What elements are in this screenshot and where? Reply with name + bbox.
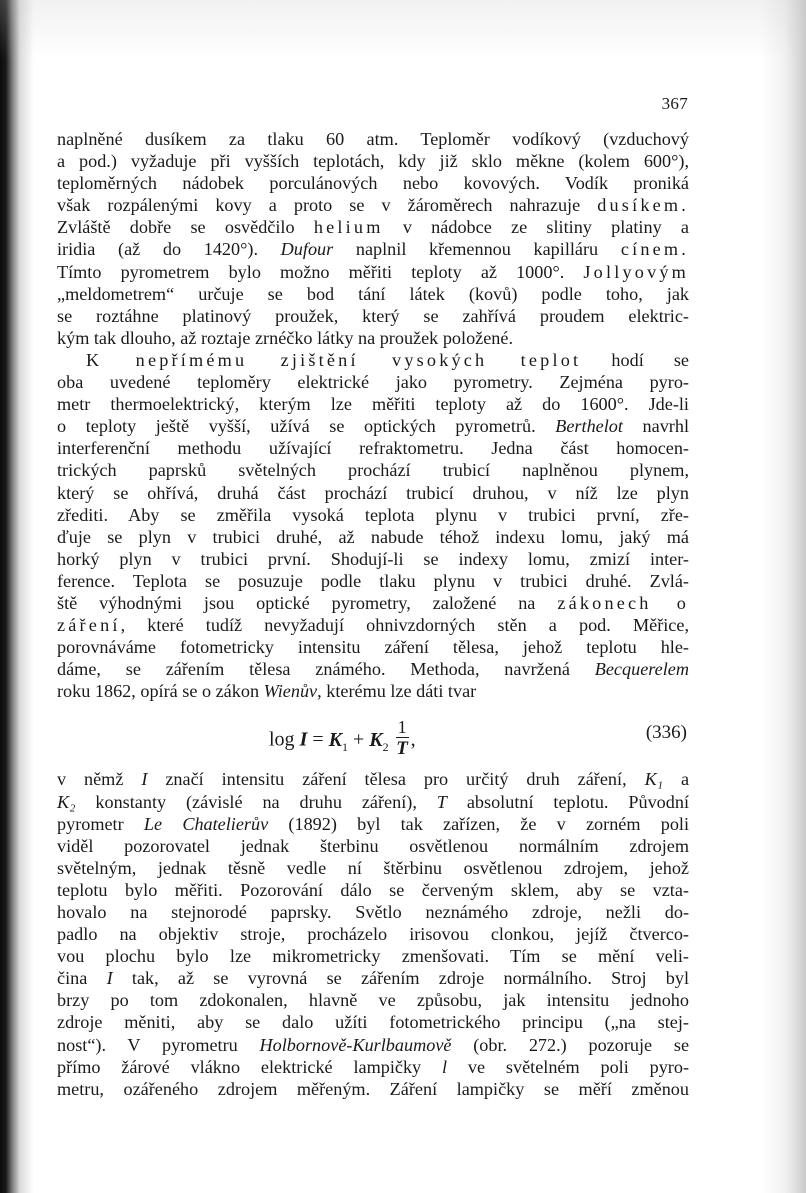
law-name: Wienův	[264, 681, 318, 701]
text-line: viděl pozorovatel jednak šterbinu osvětl…	[57, 835, 689, 857]
text-line: přímo žárové vlákno elektrické lampičky …	[57, 1056, 689, 1078]
spaced-term: helium	[314, 217, 384, 237]
body-text: naplněné dusíkem za tlaku 60 atm. Teplom…	[57, 128, 689, 1100]
text-line: nost“). V pyrometru Holbornově-Kurlbaumo…	[57, 1034, 689, 1056]
scan-noise	[0, 0, 806, 60]
author-name: Becquerelem	[595, 659, 689, 679]
text-line: K nepřímému zjištění vysokých teplot hod…	[57, 349, 689, 371]
text-line: ště výhodnými jsou optické pyrometry, za…	[57, 592, 689, 614]
text-line: v němž I značí intensitu záření tělesa p…	[57, 768, 689, 790]
text-line: Tímto pyrometrem bylo možno měřiti teplo…	[57, 261, 689, 283]
text-line: o teploty ještě vyšší, užívá se optickýc…	[57, 415, 689, 437]
text-line: „meldometrem“ určuje se bod tání látek (…	[57, 283, 689, 305]
author-name: Holbornově-Kurlbaumově	[260, 1035, 452, 1055]
text-line: horký plyn v trubici první. Shodují-li s…	[57, 548, 689, 570]
text-line: iridia (až do 1420°). Dufour naplnil kře…	[57, 238, 689, 260]
text-line: dáme, se zářením tělesa známého. Methoda…	[57, 658, 689, 680]
text-line: a pod.) vyžaduje při vyšších teplotách, …	[57, 150, 689, 172]
text-line: ďuje se plyn v trubici druhé, až nabude …	[57, 526, 689, 548]
author-name: Dufour	[281, 239, 334, 259]
spaced-term: Jollyovým	[583, 262, 689, 282]
equation: log I = K1 + K2 1T,	[269, 720, 416, 762]
spaced-term: K nepřímému zjištění vysokých teplot	[86, 350, 581, 370]
spaced-term: cínem.	[621, 239, 689, 259]
k2-symbol: K2	[369, 729, 388, 751]
spaced-term: záření	[57, 615, 121, 635]
text-line: Zvláště dobře se osvědčilo helium v nádo…	[57, 216, 689, 238]
author-name: Berthelot	[555, 416, 623, 436]
spaced-term: zákonech o	[557, 593, 689, 613]
text-line: K₂ konstanty (závislé na druhu záření), …	[57, 791, 689, 813]
text-line: kým tak dlouho, až roztaje zrnéčko látky…	[57, 327, 689, 349]
text-line: se roztáhne platinový proužek, který se …	[57, 305, 689, 327]
page-number: 367	[648, 94, 688, 114]
equation-number: (336)	[646, 722, 687, 744]
text-line: zdroje měniti, aby se dalo užíti fotomet…	[57, 1011, 689, 1033]
text-line: trických paprsků světelných prochází tru…	[57, 459, 689, 481]
text-line: naplněné dusíkem za tlaku 60 atm. Teplom…	[57, 128, 689, 150]
text-line: však rozpálenými kovy a proto se v žárom…	[57, 194, 689, 216]
text-line: čina I tak, až se vyrovná se zářením zdr…	[57, 967, 689, 989]
text-line: brzy po tom zdokonalen, hlavně ve způsob…	[57, 989, 689, 1011]
fraction: 1T	[396, 718, 409, 760]
text-line: interferenční methodu užívající refrakto…	[57, 437, 689, 459]
text-line: porovnáváme fotometricky intensitu zářen…	[57, 636, 689, 658]
author-name: Le Chatelierův	[144, 814, 268, 834]
text-line: oba uvedené teploměry elektrické jako py…	[57, 371, 689, 393]
text-line: padlo na objektiv stroje, procházelo iri…	[57, 923, 689, 945]
text-line: metru, ozářeného zdrojem měřeným. Záření…	[57, 1078, 689, 1100]
text-line: teploměrných nádobek porculánových nebo …	[57, 172, 689, 194]
text-line: teplotu bylo měřiti. Pozorování dálo se …	[57, 879, 689, 901]
text-line: vou plochu bylo lze mikrometricky zmenšo…	[57, 945, 689, 967]
text-line: který se ohřívá, druhá část prochází tru…	[57, 482, 689, 504]
text-line: metr thermoelektrický, kterým lze měřiti…	[57, 393, 689, 415]
text-line: pyrometr Le Chatelierův (1892) byl tak z…	[57, 813, 689, 835]
k1-symbol: K1	[329, 729, 348, 751]
spaced-term: dusíkem.	[597, 195, 689, 215]
text-line: roku 1862, opírá se o zákon Wienův, kter…	[57, 680, 689, 702]
equation-block: log I = K1 + K2 1T, (336)	[57, 708, 689, 764]
text-line: ference. Teplota se posuzuje podle tlaku…	[57, 570, 689, 592]
text-line: hovalo na stejnorodé paprsky. Světlo nez…	[57, 901, 689, 923]
text-line: zřediti. Aby se změřila vysoká teplota p…	[57, 504, 689, 526]
text-line: záření, které tudíž nevyžadují ohnivzdor…	[57, 614, 689, 636]
scanned-book-page: 367 naplněné dusíkem za tlaku 60 atm. Te…	[0, 0, 806, 1193]
text-line: světelným, jednak těsně vedle ní štěrbin…	[57, 857, 689, 879]
